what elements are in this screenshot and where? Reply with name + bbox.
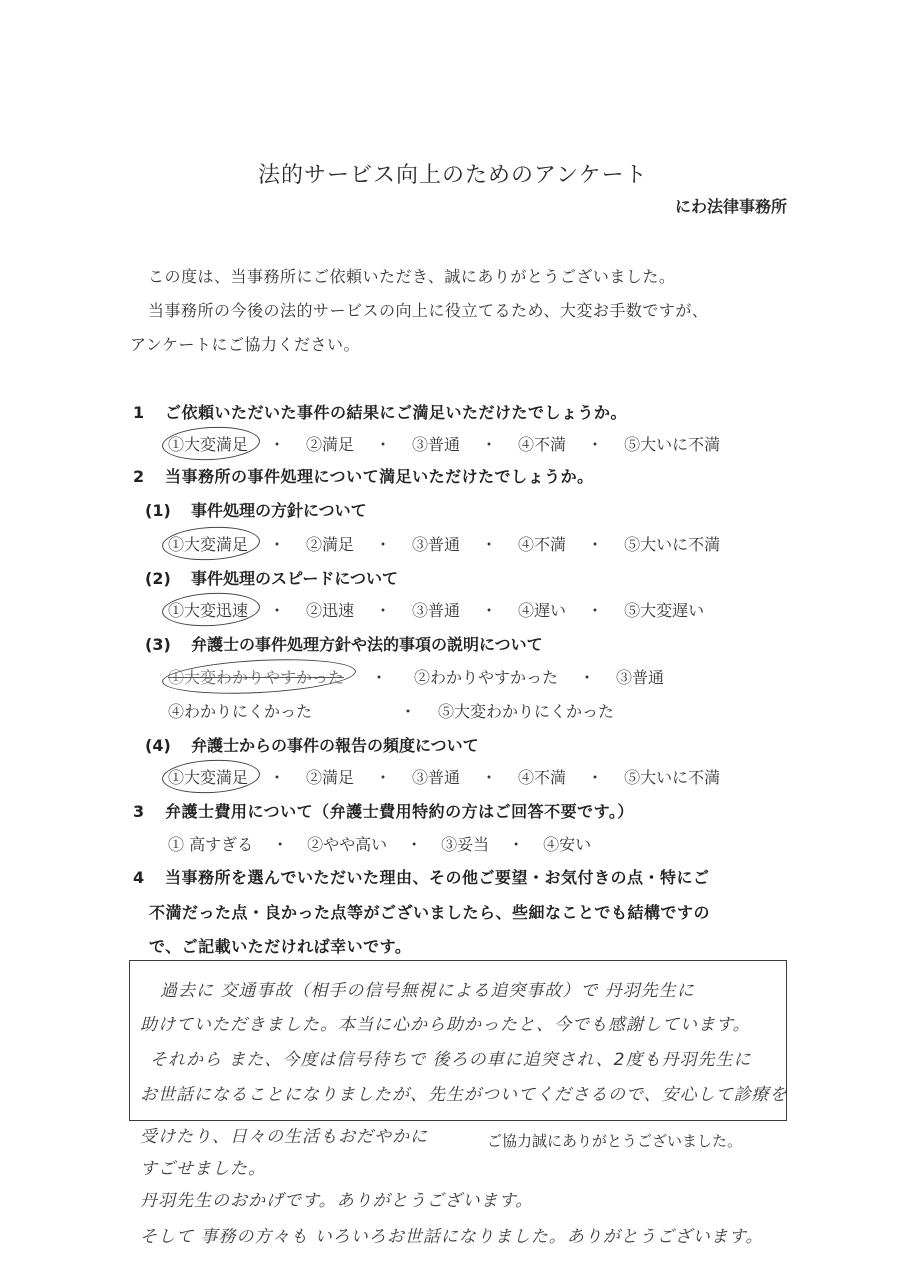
question-2-4: (4)弁護士からの事件の報告の頻度について [145, 733, 479, 756]
q2-2-option-5[interactable]: ⑤大変遅い [624, 598, 704, 621]
separator: ・ [354, 432, 412, 455]
question-text: 弁護士費用について（弁護士費用特約の方はご回答不要です。） [165, 802, 634, 821]
q2-1-option-2[interactable]: ②満足 [306, 532, 354, 555]
separator: ・ [460, 532, 518, 555]
q2-4-option-4[interactable]: ④不満 [518, 765, 566, 788]
q2-4-option-1[interactable]: ①大変満足 [168, 765, 248, 788]
intro-line-3: アンケートにご協力ください。 [130, 332, 360, 355]
q2-3-options-row-1: ①大変わかりやすかった ・ ②わかりやすかった ・ ③普通 [168, 665, 664, 688]
q3-option-1[interactable]: ① 高すぎる [168, 832, 253, 855]
comment-line-7: 丹羽先生のおかげです。ありがとうございます。 [140, 1186, 533, 1211]
question-number: 3 [133, 802, 165, 821]
intro-line-1: この度は、当事務所にご依頼いただき、誠にありがとうございました。 [148, 264, 675, 287]
sub-question-number: (2) [145, 569, 191, 588]
q2-4-options: ①大変満足 ・ ②満足 ・ ③普通 ・ ④不満 ・ ⑤大いに不満 [168, 765, 720, 788]
comment-line-6: すごせました。 [140, 1154, 266, 1179]
question-4-line-3: で、ご記載いただければ幸いです。 [149, 934, 411, 957]
q2-2-option-3[interactable]: ③普通 [412, 598, 460, 621]
q2-3-option-5[interactable]: ⑤大変わかりにくかった [438, 699, 614, 722]
q3-option-2[interactable]: ②やや高い [307, 832, 387, 855]
comment-line-5: 受けたり、日々の生活もおだやかに [140, 1122, 428, 1147]
question-number: 4 [133, 868, 165, 887]
question-text-line-1: 当事務所を選んでいただいた理由、その他ご要望・お気付きの点・特にご [165, 868, 710, 887]
comment-line-8: そして 事務の方々も いろいろお世話になりました。ありがとうございます。 [140, 1222, 763, 1247]
separator: ・ [460, 598, 518, 621]
q2-1-option-5[interactable]: ⑤大いに不満 [624, 532, 720, 555]
question-2-3: (3)弁護士の事件処理方針や法的事項の説明について [145, 632, 543, 655]
q1-option-2[interactable]: ②満足 [306, 432, 354, 455]
q2-2-options: ①大変迅速 ・ ②迅速 ・ ③普通 ・ ④遅い ・ ⑤大変遅い [168, 598, 704, 621]
q2-3-options-row-2: ④わかりにくかった ・ ⑤大変わかりにくかった [168, 699, 614, 722]
q2-4-option-2[interactable]: ②満足 [306, 765, 354, 788]
question-2-2: (2)事件処理のスピードについて [145, 566, 398, 589]
sub-question-text: 事件処理のスピードについて [191, 569, 398, 588]
q2-4-option-3[interactable]: ③普通 [412, 765, 460, 788]
comment-line-3: それから また、今度は信号待ちで 後ろの車に追突され、2度も丹羽先生に [150, 1045, 751, 1070]
q2-3-option-3[interactable]: ③普通 [616, 665, 664, 688]
question-3: 3弁護士費用について（弁護士費用特約の方はご回答不要です。） [133, 799, 634, 822]
separator: ・ [558, 665, 616, 688]
separator: ・ [566, 432, 624, 455]
question-number: 2 [133, 467, 165, 486]
q2-4-option-5[interactable]: ⑤大いに不満 [624, 765, 720, 788]
sub-question-text: 事件処理の方針について [191, 501, 367, 520]
separator: ・ [378, 699, 438, 722]
separator: ・ [566, 532, 624, 555]
question-4-line-2: 不満だった点・良かった点等がございましたら、些細なことでも結構ですの [149, 900, 710, 923]
sub-question-number: (4) [145, 736, 191, 755]
separator: ・ [253, 832, 307, 855]
q2-2-option-4[interactable]: ④遅い [518, 598, 566, 621]
survey-title: 法的サービス向上のためのアンケート [258, 158, 648, 189]
firm-name: にわ法律事務所 [675, 194, 787, 217]
q2-1-option-3[interactable]: ③普通 [412, 532, 460, 555]
separator: ・ [460, 432, 518, 455]
q2-3-option-1[interactable]: ①大変わかりやすかった [168, 665, 344, 688]
separator: ・ [387, 832, 441, 855]
question-1: 1ご依頼いただいた事件の結果にご満足いただけたでしょうか。 [133, 400, 627, 423]
q1-option-4[interactable]: ④不満 [518, 432, 566, 455]
intro-line-2: 当事務所の今後の法的サービスの向上に役立てるため、大変お手数ですが、 [148, 298, 708, 321]
question-2-1: (1)事件処理の方針について [145, 498, 367, 521]
q2-3-option-4[interactable]: ④わかりにくかった [168, 699, 378, 722]
question-4: 4当事務所を選んでいただいた理由、その他ご要望・お気付きの点・特にご [133, 865, 710, 888]
sub-question-text: 弁護士の事件処理方針や法的事項の説明について [191, 635, 543, 654]
q3-option-3[interactable]: ③妥当 [441, 832, 489, 855]
separator: ・ [354, 532, 412, 555]
q2-1-option-4[interactable]: ④不満 [518, 532, 566, 555]
separator: ・ [489, 832, 543, 855]
comment-line-2: 助けていただきました。本当に心から助かったと、今でも感謝しています。 [140, 1010, 751, 1035]
q1-option-3[interactable]: ③普通 [412, 432, 460, 455]
sub-question-text: 弁護士からの事件の報告の頻度について [191, 736, 479, 755]
question-2: 2当事務所の事件処理について満足いただけたでしょうか。 [133, 464, 594, 487]
question-text: 当事務所の事件処理について満足いただけたでしょうか。 [165, 467, 594, 486]
comment-line-4: お世話になることになりましたが、先生がついてくださるので、安心して診療を [140, 1080, 788, 1105]
q2-1-options: ①大変満足 ・ ②満足 ・ ③普通 ・ ④不満 ・ ⑤大いに不満 [168, 532, 720, 555]
q1-option-1[interactable]: ①大変満足 [168, 432, 248, 455]
q3-options: ① 高すぎる ・ ②やや高い ・ ③妥当 ・ ④安い [168, 832, 591, 855]
q2-3-option-2[interactable]: ②わかりやすかった [414, 665, 558, 688]
question-text: ご依頼いただいた事件の結果にご満足いただけたでしょうか。 [165, 403, 627, 422]
comment-line-1: 過去に 交通事故（相手の信号無視による追突事故）で 丹羽先生に [160, 976, 695, 1001]
sub-question-number: (1) [145, 501, 191, 520]
q2-2-option-1[interactable]: ①大変迅速 [168, 598, 248, 621]
separator: ・ [460, 765, 518, 788]
separator: ・ [354, 598, 412, 621]
sub-question-number: (3) [145, 635, 191, 654]
question-number: 1 [133, 403, 165, 422]
separator: ・ [354, 765, 412, 788]
separator: ・ [566, 765, 624, 788]
thanks-message: ご協力誠にありがとうございました。 [487, 1130, 742, 1151]
q1-options: ①大変満足 ・ ②満足 ・ ③普通 ・ ④不満 ・ ⑤大いに不満 [168, 432, 720, 455]
q1-option-5[interactable]: ⑤大いに不満 [624, 432, 720, 455]
separator: ・ [566, 598, 624, 621]
q2-2-option-2[interactable]: ②迅速 [306, 598, 354, 621]
q2-1-option-1[interactable]: ①大変満足 [168, 532, 248, 555]
q3-option-4[interactable]: ④安い [543, 832, 591, 855]
